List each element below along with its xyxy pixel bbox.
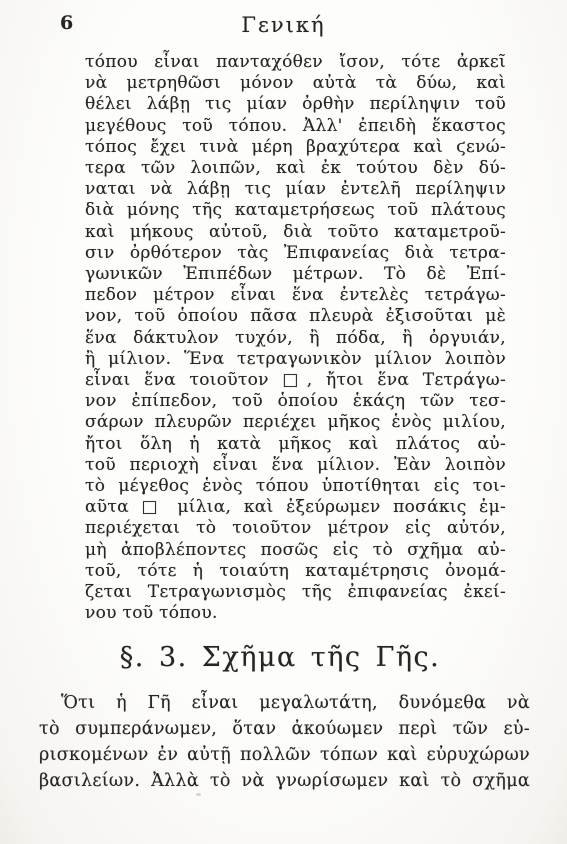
- text-line-with-square-symbol: εἶναι ἕνα τοιοῦτον □, ἤτοι ἕνα Τετράγω-: [85, 370, 506, 391]
- text-line: τοῦ, τότε ἡ τοιαύτη καταμέτρησις ὀνομά-: [85, 561, 506, 582]
- section-heading: §. 3. Σχῆμα τῆς Γῆς.: [65, 642, 495, 673]
- text-line: τὸ συμπεράνωμεν, ὅταν ἀκούωμεν περὶ τῶν …: [39, 716, 530, 742]
- running-head: Γενική: [0, 13, 567, 37]
- text-line: νον ἐπίπεδον, τοῦ ὁποίου ἑκάϛη τῶν τεσ-: [85, 391, 506, 412]
- text-line: βασιλείων. Ἀλλὰ τὸ νὰ γνωρίσωμεν καὶ τὸ …: [39, 768, 530, 794]
- text-line: μεγέθους τοῦ τόπου. Ἀλλ' ἐπειδὴ ἕκαστος: [85, 116, 506, 137]
- second-paragraph: Ὅτι ἡ Γῆ εἶναι μεγαλωτάτη, δυνόμεθα νὰ τ…: [39, 690, 530, 794]
- text-line: ναται νὰ λάβῃ τις μίαν ἐντελῆ περίληψιν: [85, 179, 506, 200]
- text-line: νὰ μετρηθῶσι μόνον αὐτὰ τὰ δύω, καὶ: [85, 73, 506, 94]
- text-line: μὴ ἀποβλέποντες ποσῶς εἰς τὸ σχῆμα αὐ-: [85, 540, 506, 561]
- text-line: ἤτοι ὅλη ἡ κατὰ μῆκος καὶ πλάτος αὐ-: [85, 434, 506, 455]
- text-line: ἕνα δάκτυλον τυχόν, ἢ πόδα, ἢ ὀργυιάν,: [85, 328, 506, 349]
- text-line: νου τοῦ τόπου.: [85, 603, 506, 624]
- text-line: διὰ μόνης τῆς καταμετρήσεως τοῦ πλάτους: [85, 200, 506, 221]
- text-line: ζεται Τετραγωνισμὸς τῆς ἐπιφανείας ἐκεί-: [85, 582, 506, 603]
- text-line: σάρων πλευρῶν περιέχει μῆκος ἑνὸς μιλίου…: [85, 412, 506, 433]
- text-line: περιέχεται τὸ τοιοῦτον μέτρον εἰς αὐτόν,: [85, 518, 506, 539]
- text-line: Ὅτι ἡ Γῆ εἶναι μεγαλωτάτη, δυνόμεθα νὰ: [39, 690, 530, 716]
- text-line: τοῦ περιοχὴ εἶναι ἕνα μίλιον. Ἐὰν λοιπὸν: [85, 455, 506, 476]
- book-page: 6 Γενική τόπου εἶναι πανταχόθεν ἴσον, τό…: [0, 0, 567, 844]
- text-line: γωνικῶν Ἐπιπέδων μέτρων. Τὸ δὲ Ἐπί-: [85, 264, 506, 285]
- text-line: τόπος ἔχει τινὰ μέρη βραχύτερα καὶ ϛενώ-: [85, 137, 506, 158]
- text-line: θέλει λάβῃ τις μίαν ὀρθὴν περίληψιν τοῦ: [85, 94, 506, 115]
- text-line: καὶ μήκους αὐτοῦ, διὰ τοῦτο καταμετροῦ-: [85, 222, 506, 243]
- text-line: ἢ μίλιον. Ἕνα τετραγωνικὸν μίλιον λοιπὸν: [85, 349, 506, 370]
- text-line: σιν ὀρθότερον τὰς Ἐπιφανείας διὰ τετρα-: [85, 243, 506, 264]
- text-line: ρισκομένων ἐν αὐτῇ πολλῶν τόπων καὶ εὐρυ…: [39, 742, 530, 768]
- text-line-with-square-symbol: αῦτα □ μίλια, καὶ ἐξεύρωμεν ποσάκις ἐμ-: [85, 497, 506, 518]
- scan-speck: [298, 747, 301, 749]
- scan-speck: [196, 793, 201, 796]
- main-paragraph: τόπου εἶναι πανταχόθεν ἴσον, τότε ἀρκεῖ …: [85, 52, 506, 624]
- text-line: τόπου εἶναι πανταχόθεν ἴσον, τότε ἀρκεῖ: [85, 52, 506, 73]
- text-line: νον, τοῦ ὁποίου πᾶσα πλευρὰ ἐξισοῦται μὲ: [85, 306, 506, 327]
- text-line: τὸ μέγεθος ἑνὸς τόπου ὑποτίθηται εἰς τοι…: [85, 476, 506, 497]
- text-line: τερα τῶν λοιπῶν, καὶ ἐκ τούτου δὲν δύ-: [85, 158, 506, 179]
- text-line: πεδον μέτρον εἶναι ἕνα ἐντελὲς τετράγω-: [85, 285, 506, 306]
